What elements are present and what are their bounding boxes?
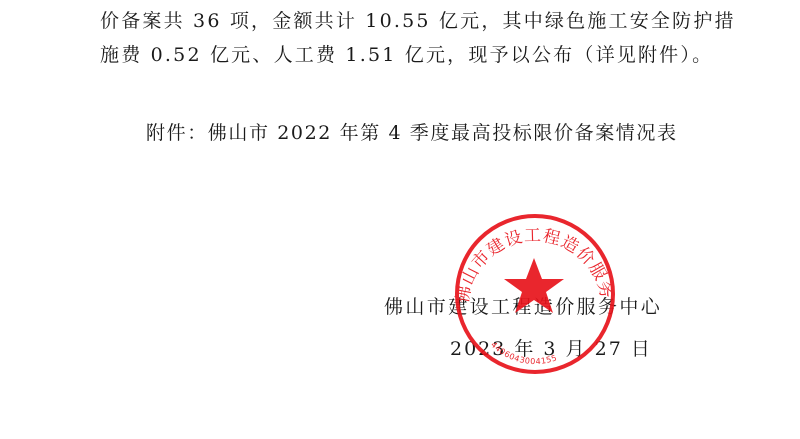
star-icon	[504, 258, 564, 313]
paragraph-line-1: 价备案共 36 项，金额共计 10.55 亿元，其中绿色施工安全防护措	[100, 6, 736, 33]
official-seal: 佛山市建设工程造价服务中心 4406043004155	[450, 212, 620, 377]
attachment-line: 附件：佛山市 2022 年第 4 季度最高投标限价备案情况表	[146, 118, 678, 145]
paragraph-line-2: 施费 0.52 亿元、人工费 1.51 亿元，现予以公布（详见附件）。	[100, 40, 713, 67]
